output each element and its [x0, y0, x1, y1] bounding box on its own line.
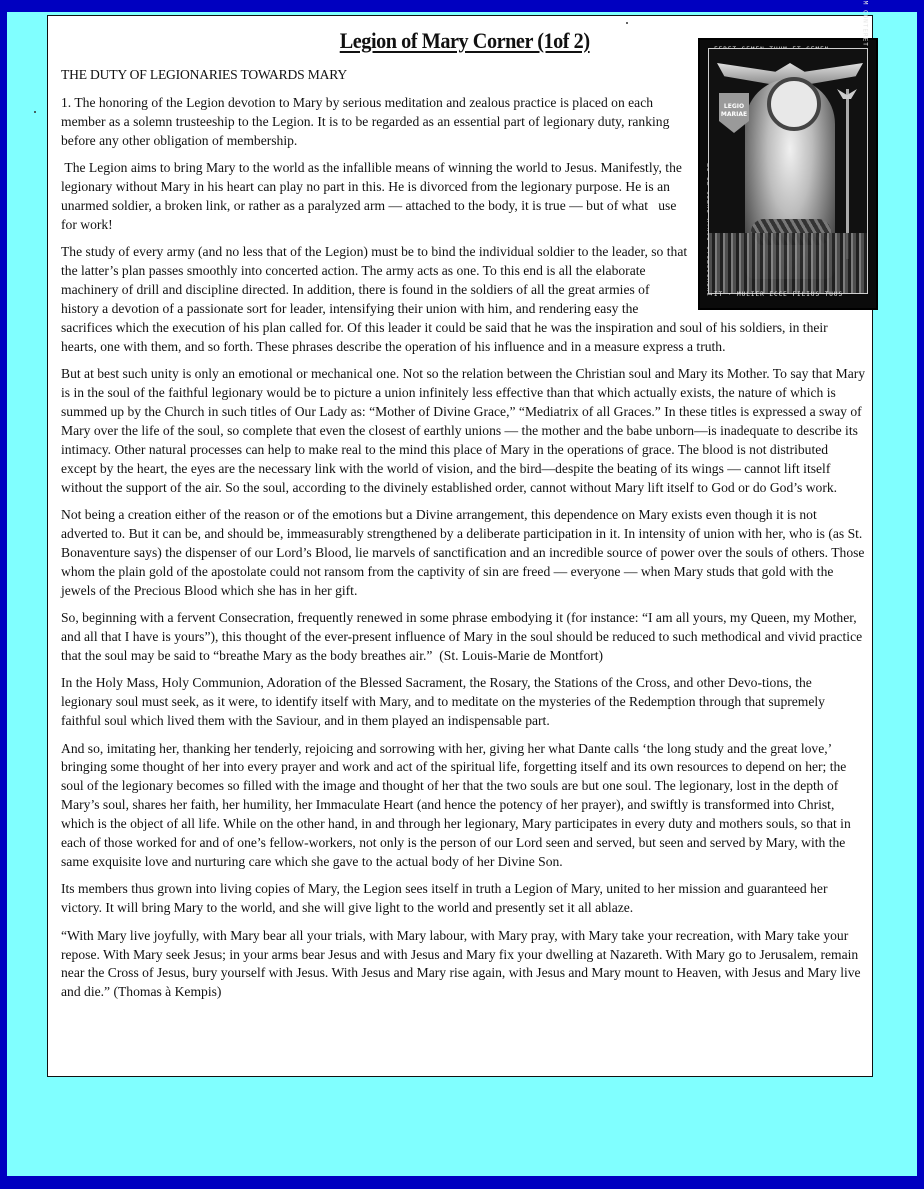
legion-vexillum-image: FERET SEMEN TUUM ET SEMEN INIMICITIAS PO…: [698, 38, 878, 310]
quote-paragraph: “With Mary live joyfully, with Mary bear…: [61, 927, 866, 1003]
page-title-text: Legion of Mary Corner (1of 2): [340, 28, 590, 53]
article-body: FERET SEMEN TUUM ET SEMEN INIMICITIAS PO…: [61, 66, 866, 1011]
artwork-scene: LEGIO MARIAE: [708, 48, 868, 294]
paragraph: So, beginning with a fervent Consecratio…: [61, 609, 866, 666]
halo-icon: [767, 77, 821, 131]
document-page: Legion of Mary Corner (1of 2) FERET SEME…: [47, 15, 873, 1077]
frame-text-bottom: IT · MULIER ECCE FILIUS TUUS: [714, 286, 843, 305]
paragraph: But at best such unity is only an emotio…: [61, 365, 866, 497]
crowd-icon: [709, 233, 867, 293]
paragraph: Its members thus grown into living copie…: [61, 880, 866, 918]
paragraph: Not being a creation either of the reaso…: [61, 506, 866, 601]
vexillum-artwork: FERET SEMEN TUUM ET SEMEN INIMICITIAS PO…: [698, 38, 878, 310]
paragraph: In the Holy Mass, Holy Communion, Adorat…: [61, 674, 866, 731]
scan-speck: [626, 22, 628, 24]
section-heading: THE DUTY OF LEGIONARIES TOWARDS MARY: [61, 66, 671, 85]
paragraph: And so, imitating her, thanking her tend…: [61, 740, 866, 872]
scan-speck: [34, 111, 36, 113]
